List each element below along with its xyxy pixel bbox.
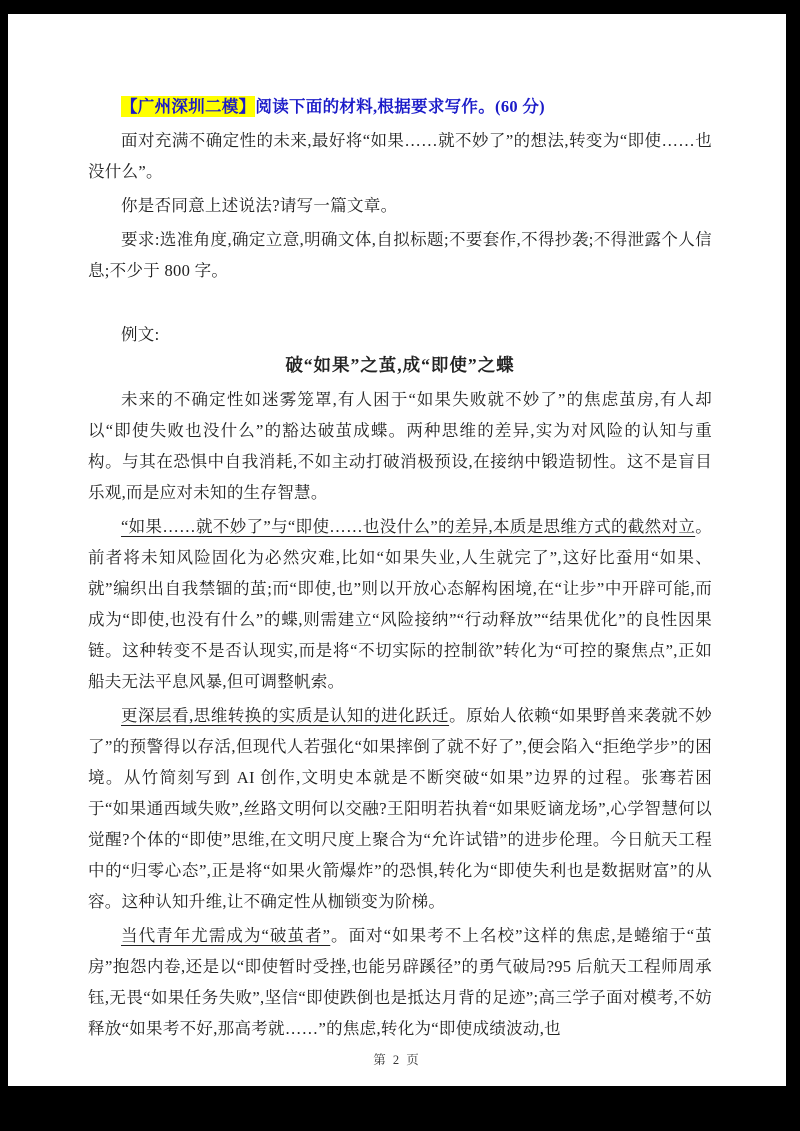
essay-paragraph-1: 未来的不确定性如迷雾笼罩,有人困于“如果失败就不妙了”的焦虑茧房,有人却以“即使… (88, 384, 712, 508)
essay-paragraph-3-topic-sentence: 更深层看,思维转换的实质是认知的进化跃迁 (121, 706, 449, 725)
exam-header: 【广州深圳二模】阅读下面的材料,根据要求写作。(60 分) (88, 91, 712, 122)
essay-paragraph-3-text: 。原始人依赖“如果野兽来袭就不妙了”的预警得以存活,但现代人若强化“如果摔倒了就… (88, 706, 712, 911)
essay-paragraph-2-text: 。前者将未知风险固化为必然灾难,比如“如果失业,人生就完了”,这好比蚕用“如果、… (88, 517, 712, 691)
scan-background: { "exam": { "header": { "tag": "【广州深圳二模】… (0, 0, 800, 1131)
essay-paragraph-2-topic-sentence: “如果……就不妙了”与“即使……也没什么”的差异,本质是思维方式的截然对立 (121, 517, 695, 536)
exam-source-tag: 【广州深圳二模】 (121, 96, 255, 117)
essay-paragraph-1-text: 未来的不确定性如迷雾笼罩,有人困于“如果失败就不妙了”的焦虑茧房,有人却以“即使… (88, 390, 712, 502)
essay-paragraph-3: 更深层看,思维转换的实质是认知的进化跃迁。原始人依赖“如果野兽来袭就不妙了”的预… (88, 700, 712, 917)
essay-paragraph-4-topic-sentence: 当代青年尤需成为“破茧者” (121, 926, 330, 945)
essay-label: 例文: (88, 319, 712, 350)
essay-paragraph-2: “如果……就不妙了”与“即使……也没什么”的差异,本质是思维方式的截然对立。前者… (88, 511, 712, 697)
prompt-paragraph-question: 你是否同意上述说法?请写一篇文章。 (88, 190, 712, 221)
prompt-paragraph-requirements: 要求:选准角度,确定立意,明确文体,自拟标题;不要套作,不得抄袭;不得泄露个人信… (88, 224, 712, 286)
prompt-paragraph-material: 面对充满不确定性的未来,最好将“如果……就不妙了”的想法,转变为“即使……也没什… (88, 125, 712, 187)
page-content: 【广州深圳二模】阅读下面的材料,根据要求写作。(60 分) 面对充满不确定性的未… (8, 14, 786, 1044)
essay-paragraph-4: 当代青年尤需成为“破茧者”。面对“如果考不上名校”这样的焦虑,是蜷缩于“茧房”抱… (88, 920, 712, 1044)
exam-instruction: 阅读下面的材料,根据要求写作。(60 分) (255, 97, 545, 116)
page-number: 第 2 页 (8, 1050, 786, 1068)
essay-title: 破“如果”之茧,成“即使”之蝶 (88, 350, 712, 381)
document-page: 【广州深圳二模】阅读下面的材料,根据要求写作。(60 分) 面对充满不确定性的未… (8, 14, 786, 1086)
